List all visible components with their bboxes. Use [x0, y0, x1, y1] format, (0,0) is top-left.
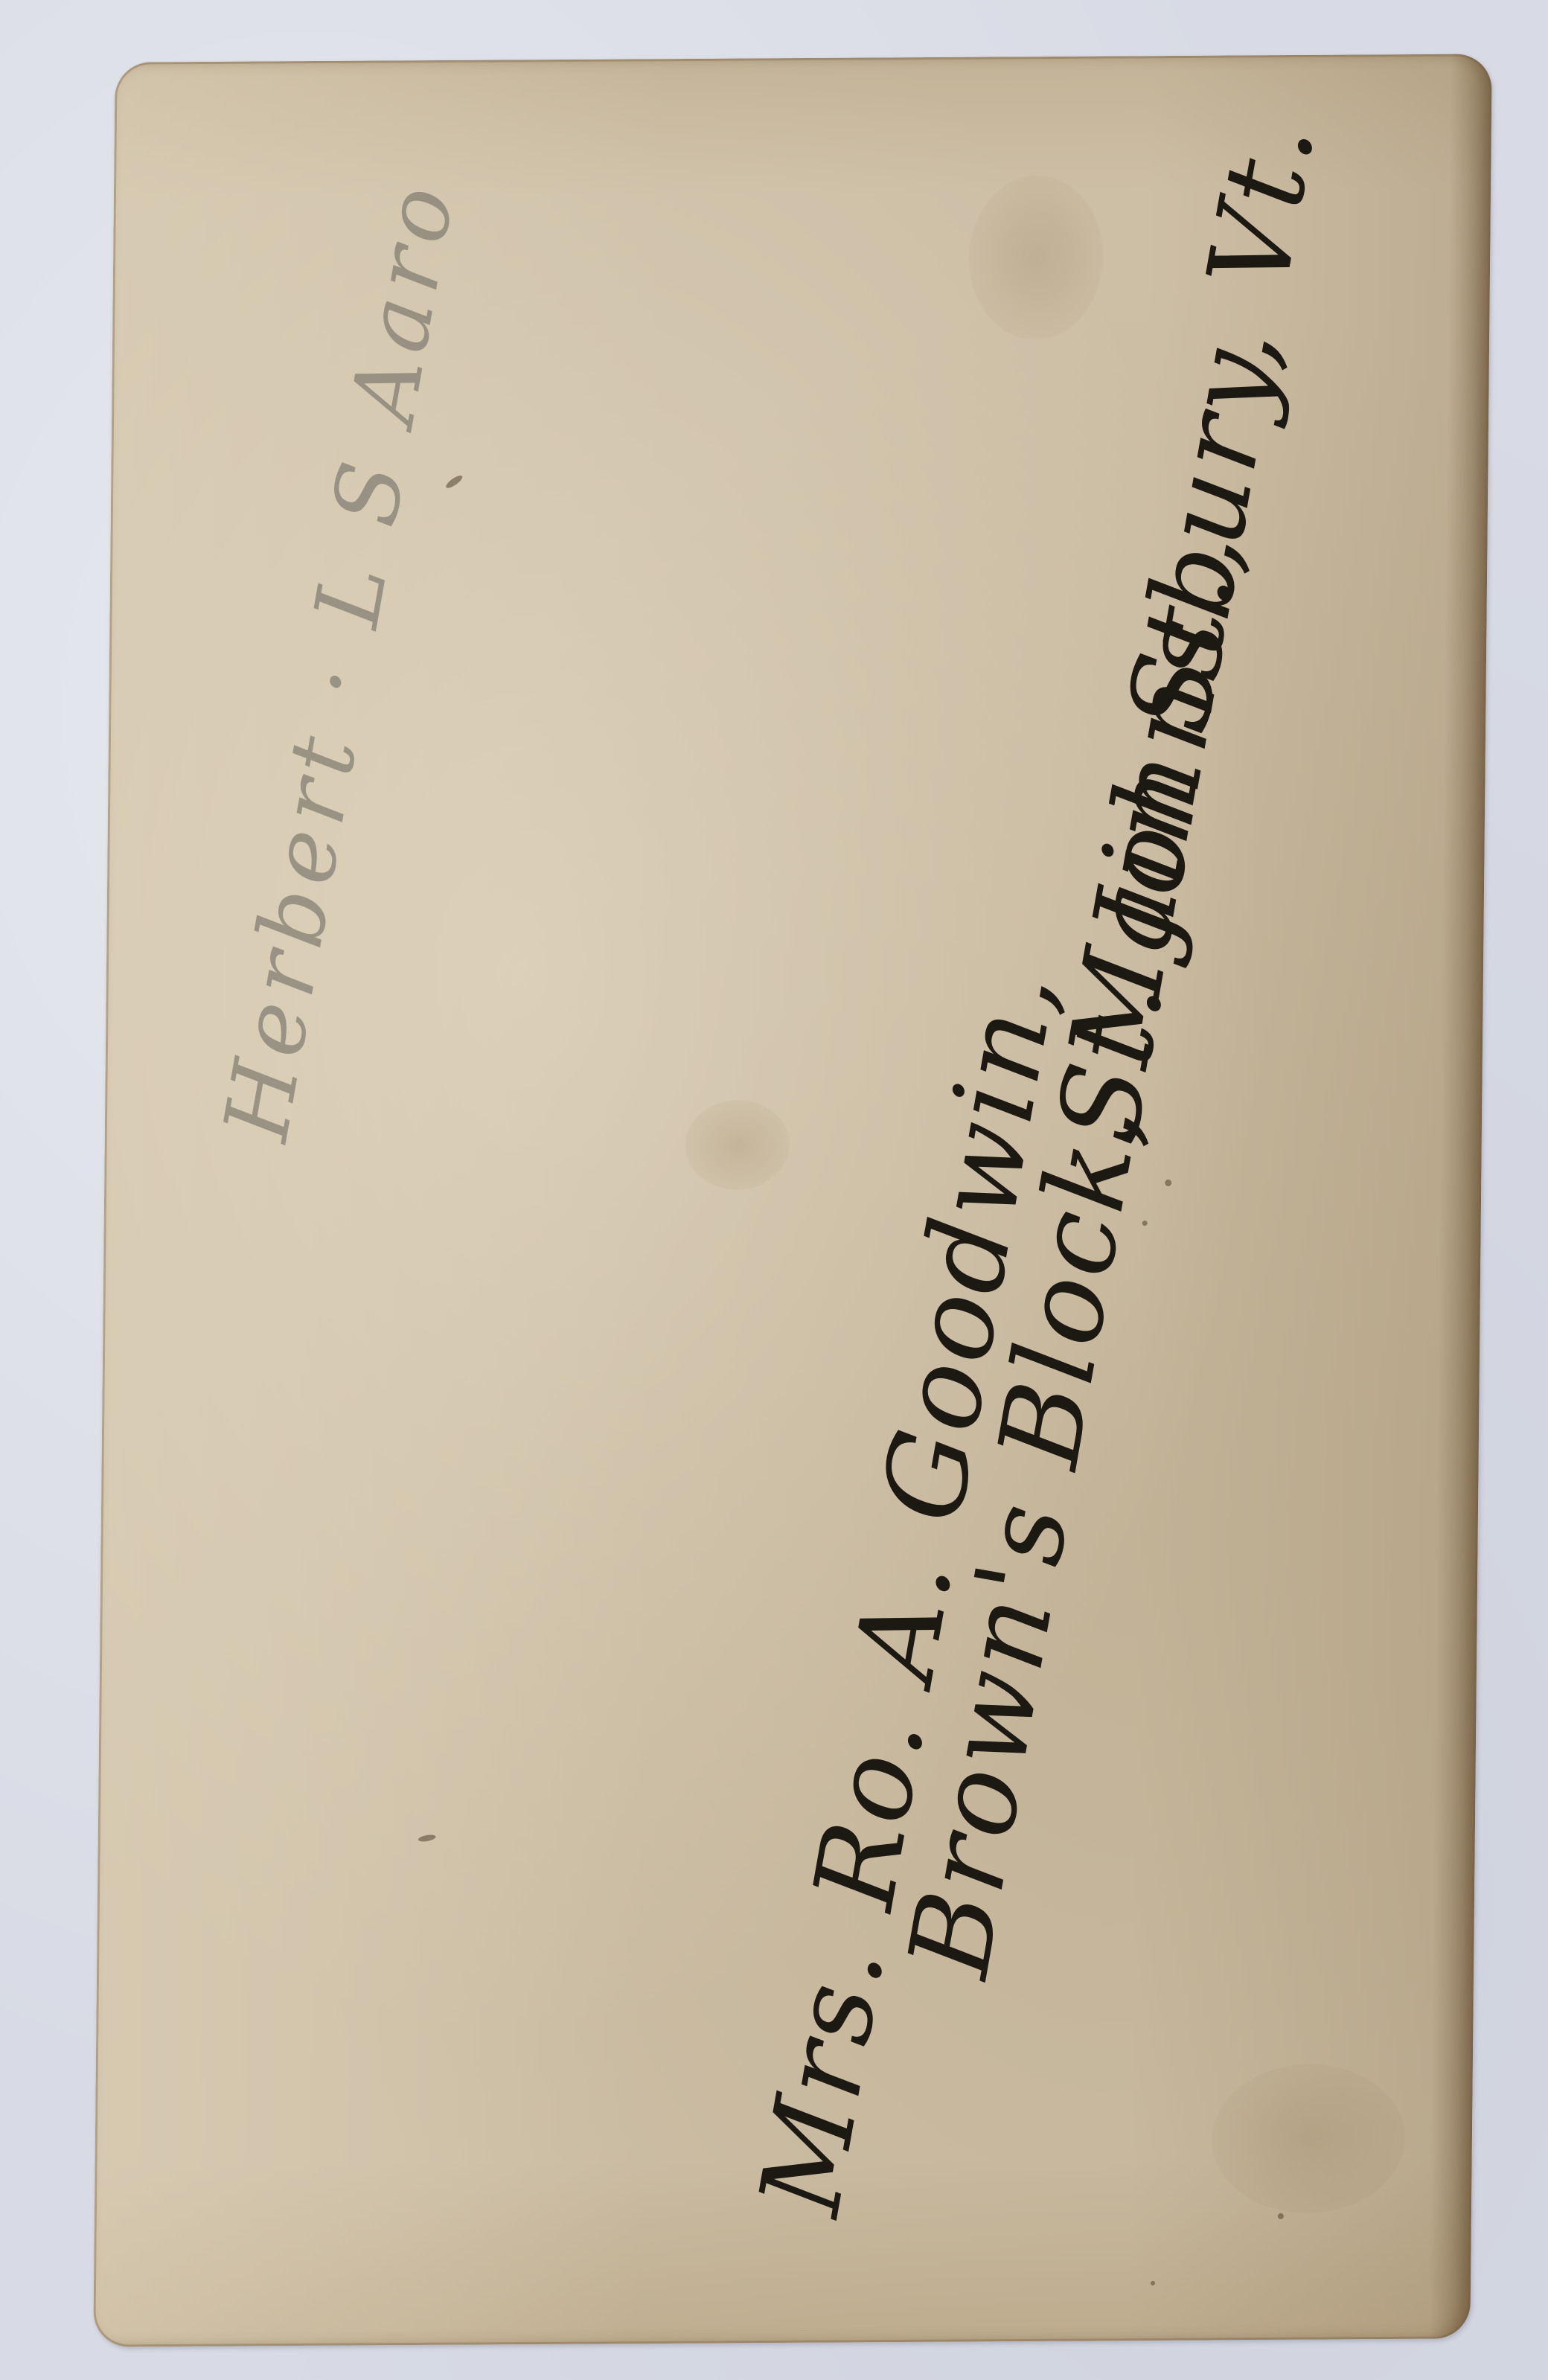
speck: [1151, 2281, 1155, 2285]
speck: [444, 473, 464, 490]
stain: [1211, 2064, 1406, 2214]
speck: [418, 1834, 436, 1843]
speck: [1278, 2213, 1284, 2219]
stain: [685, 1100, 790, 1190]
stain: [968, 176, 1104, 340]
speck: [1165, 1180, 1171, 1186]
